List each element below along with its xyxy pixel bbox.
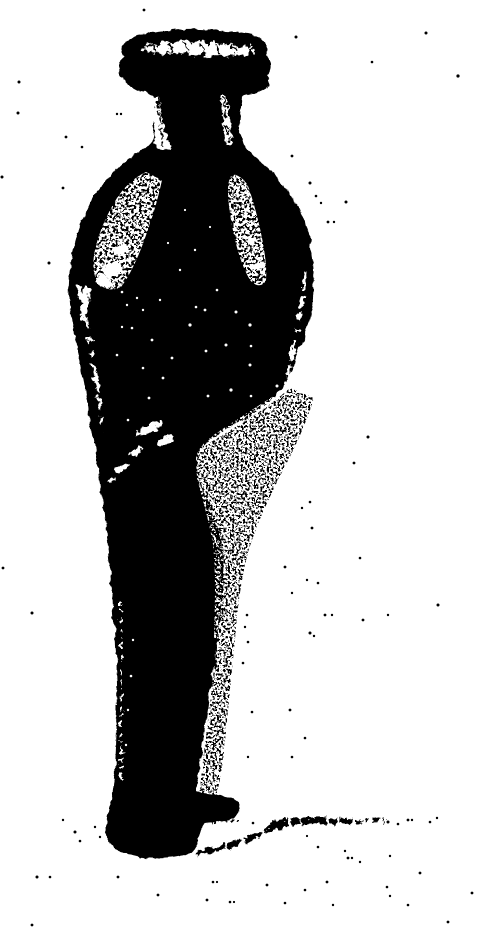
noise-dot — [242, 662, 245, 665]
noise-dot — [179, 269, 181, 271]
noise-dot — [74, 831, 77, 834]
noise-dot — [81, 146, 84, 149]
noise-dot — [320, 202, 322, 204]
noise-dot — [291, 756, 294, 759]
noise-dot — [216, 289, 219, 292]
noise-dot — [246, 614, 249, 617]
noise-dot — [284, 902, 287, 905]
noise-dot — [94, 826, 96, 828]
noise-dot — [195, 306, 198, 309]
noise-dot — [284, 405, 287, 408]
rim-fleck — [249, 45, 253, 49]
noise-dot — [250, 395, 253, 398]
noise-dot — [353, 462, 356, 465]
noise-dot — [295, 36, 298, 39]
noise-dot — [326, 881, 329, 884]
noise-dot — [371, 61, 374, 64]
noise-dot — [205, 350, 208, 353]
noise-dot — [252, 822, 255, 825]
noise-dot — [471, 892, 474, 895]
noise-dot — [130, 675, 133, 678]
noise-dot — [309, 501, 312, 504]
noise-dot — [117, 876, 120, 879]
noise-dot — [229, 388, 232, 391]
noise-dot — [48, 262, 51, 265]
noise-dot — [311, 527, 314, 530]
noise-dot — [425, 32, 428, 35]
noise-dot — [351, 857, 353, 859]
noise-dot — [62, 819, 64, 821]
noise-dot — [456, 74, 459, 77]
noise-dot — [194, 249, 196, 251]
noise-dot — [171, 357, 174, 360]
noise-dot — [347, 857, 350, 860]
noise-dot — [99, 836, 101, 838]
noise-dot — [184, 209, 186, 211]
noise-dot — [62, 187, 65, 190]
noise-dot — [397, 823, 400, 826]
noise-dot — [235, 311, 238, 314]
noise-dot — [233, 901, 235, 903]
noise-dot — [291, 592, 293, 594]
noise-dot — [411, 819, 413, 821]
noise-dot — [359, 861, 361, 863]
noise-dot — [306, 579, 308, 581]
noise-dot — [289, 709, 292, 712]
noise-dot — [344, 850, 346, 852]
noise-dot — [429, 821, 432, 824]
noise-dot — [17, 112, 20, 115]
noise-dot — [324, 614, 327, 617]
noise-dot — [407, 904, 410, 907]
noise-dot — [151, 339, 154, 342]
noise-dot — [36, 876, 39, 879]
noise-dot — [121, 326, 123, 328]
noise-dot — [216, 881, 218, 883]
noise-dot — [127, 709, 129, 711]
noise-dot — [313, 635, 315, 637]
noise-dot — [251, 711, 254, 714]
noise-dot — [250, 345, 253, 348]
noise-dot — [18, 81, 21, 84]
noise-dot — [31, 612, 34, 615]
noise-dot — [327, 221, 330, 224]
noise-dot — [244, 626, 246, 628]
noise-dot — [209, 226, 211, 228]
noise-dot — [345, 201, 348, 204]
noise-dot — [389, 895, 391, 897]
noise-dot — [386, 886, 389, 889]
noise-dot — [247, 641, 250, 644]
noise-dot — [419, 872, 422, 875]
noise-dot — [212, 881, 215, 884]
noise-dot — [125, 744, 127, 746]
noise-dot — [31, 924, 34, 927]
noise-dot — [247, 756, 249, 758]
noise-dot — [291, 155, 294, 158]
noise-dot — [116, 354, 119, 357]
noise-dot — [126, 304, 128, 306]
noise-dot — [309, 182, 312, 185]
noise-dot — [249, 364, 252, 367]
noise-dot — [121, 291, 124, 294]
noise-dot — [225, 344, 228, 347]
noise-dot — [362, 619, 365, 622]
rim-fleck — [253, 51, 256, 54]
noise-dot — [132, 639, 134, 641]
noise-dot — [331, 614, 333, 616]
noise-dot — [136, 297, 138, 299]
noise-dot — [159, 299, 161, 301]
noise-dot — [116, 113, 118, 115]
noise-dot — [447, 921, 450, 924]
noise-dot — [437, 604, 440, 607]
noise-dot — [436, 817, 438, 819]
noise-dot — [301, 507, 303, 509]
noise-dot — [306, 835, 308, 837]
noise-dot — [387, 614, 389, 616]
noise-dot — [315, 195, 318, 198]
noise-dot — [387, 821, 390, 824]
noise-dot — [304, 737, 307, 740]
noise-dot — [49, 876, 52, 879]
noise-dot — [1, 176, 4, 179]
noise-dot — [120, 113, 122, 115]
noise-dot — [276, 385, 279, 388]
noise-dot — [65, 136, 68, 139]
noise-dot — [260, 404, 263, 407]
noise-dot — [266, 884, 269, 887]
noise-dot — [333, 221, 335, 223]
noise-dot — [407, 819, 410, 822]
noise-dot — [309, 632, 312, 635]
vase-photo — [0, 0, 480, 928]
noise-dot — [148, 397, 151, 400]
noise-dot — [204, 309, 207, 312]
noise-dot — [79, 840, 82, 843]
vase-halftone-image — [0, 0, 480, 928]
noise-dot — [157, 894, 160, 897]
noise-dot — [229, 901, 232, 904]
noise-dot — [142, 367, 145, 370]
noise-dot — [142, 309, 144, 311]
noise-dot — [127, 419, 130, 422]
noise-dot — [131, 327, 134, 330]
noise-dot — [143, 9, 146, 12]
noise-dot — [248, 323, 251, 326]
noise-dot — [389, 855, 391, 857]
noise-dot — [359, 557, 362, 560]
noise-dot — [332, 904, 334, 906]
noise-dot — [367, 436, 370, 439]
noise-dot — [304, 889, 307, 892]
noise-dot — [207, 395, 210, 398]
noise-dot — [162, 377, 165, 380]
noise-dot — [284, 566, 287, 569]
noise-dot — [167, 242, 169, 244]
noise-dot — [206, 899, 209, 902]
noise-dot — [2, 567, 5, 570]
noise-dot — [317, 582, 320, 585]
noise-dot — [317, 846, 320, 849]
noise-dot — [188, 323, 191, 326]
